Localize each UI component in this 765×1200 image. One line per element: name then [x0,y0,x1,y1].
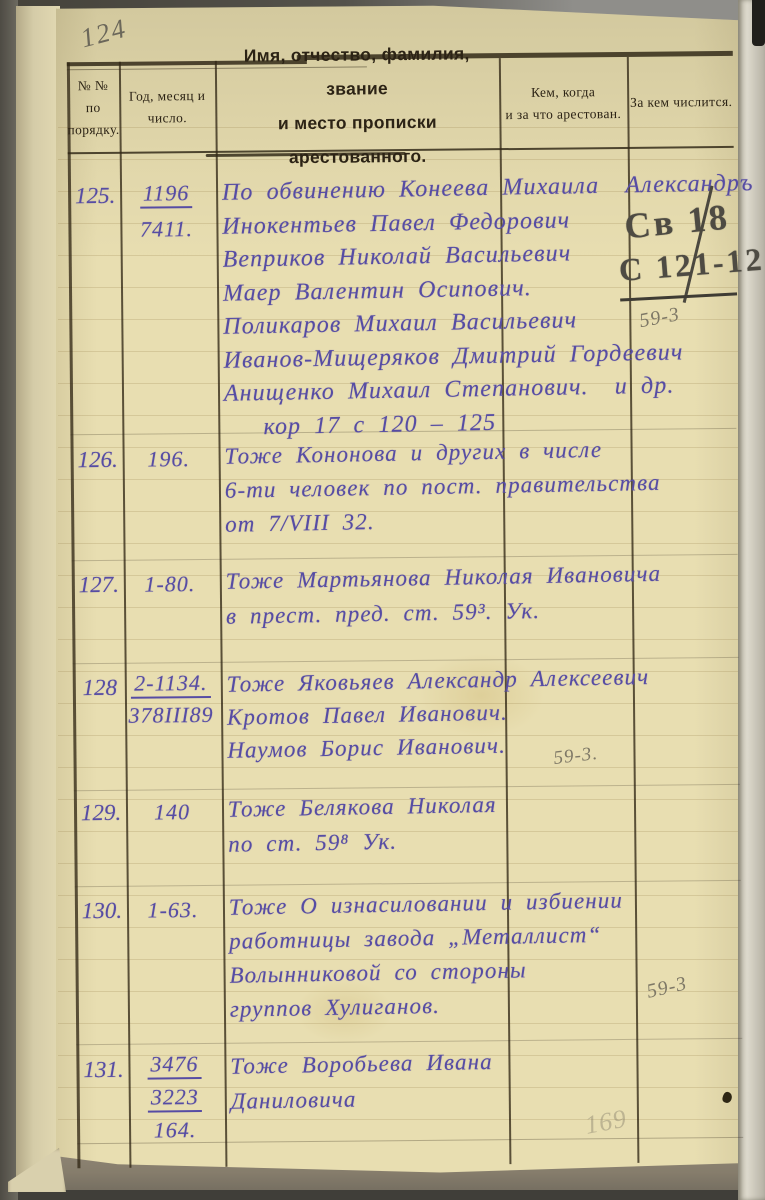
entry-number: 129. [76,800,126,826]
handwritten-line: Иванов-Мищеряков Дмитрий Гордеевич [223,339,683,374]
pencil-annotation-p593b: 59-3. [552,743,599,770]
handwritten-line: Даниловича [230,1086,356,1114]
entry-date: 140 [128,799,216,826]
entry-date: 3476 [130,1051,218,1078]
pencil-annotation-p169: 169 [583,1104,630,1141]
column-header-date: Год, месяц и число. [119,63,216,152]
handwritten-line: 6-ти человек по пост. правительства [225,470,661,504]
entry-number: 131. [78,1057,128,1083]
entries-layer: 125.11967411.По обвинению Конеева Михаил… [0,0,759,1]
pencil-annotation-sv18: Св 18 [623,195,732,247]
page-content-layer: 124 № № по порядку. Год, месяц и число. [0,0,765,1200]
handwritten-line: Веприков Николай Васильевич [222,240,571,273]
header-line: и за что арестован. [505,103,621,126]
handwritten-line: по ст. 59⁸ Ук. [228,829,397,858]
handwritten-line: группов Хулиганов. [230,993,441,1023]
handwritten-line: Инокентьев Павел Федорович [222,207,570,240]
entry-date: 2-1134. [127,670,215,697]
row-separator [75,880,741,887]
entry-date: 164. [131,1117,219,1144]
row-separator [76,1038,742,1045]
handwritten-line: Анищенко Михаил Степанович. и др. [224,373,675,408]
header-line: порядку. [67,119,119,142]
entry-number: 126. [73,447,123,473]
entry-date: 7411. [122,216,210,243]
entry-date: 196. [125,446,213,473]
header-line: и место прописки арестованного. [215,104,500,175]
handwritten-line: Поликаров Михаил Васильевич [223,307,577,340]
handwritten-line: кор 17 с 120 – 125 [224,409,497,441]
folio-number: 124 [77,13,130,55]
row-separator [72,554,738,561]
header-line: За кем числится. [630,91,732,114]
entry-date: 1196 [122,180,210,207]
row-separator [73,657,739,664]
scanned-ledger-page: 124 № № по порядку. Год, месяц и число. [0,0,765,1200]
pencil-annotation-p593c: 59-3 [645,972,690,1003]
handwritten-line: от 7/VIII 32. [225,509,375,538]
entry-number: 125. [70,183,120,209]
handwritten-line: Тоже Воробьева Ивана [230,1049,493,1080]
handwritten-line: Тоже Кононова и других в числе [224,437,602,470]
ink-blot [721,1091,733,1104]
header-line: Кем, когда [531,81,595,104]
entry-number: 128 [75,675,125,701]
handwritten-line: Тоже Мартьянова Николая Ивановича [225,561,661,595]
handwritten-line: Кротов Павел Иванович. [227,700,508,731]
handwritten-line: Маер Валентин Осипович. [223,275,532,308]
header-line: по [86,97,101,119]
entry-number: 127. [74,572,124,598]
handwritten-line: Тоже О изнасиловании и избиении [229,888,624,921]
table-left-border [67,62,81,1168]
annotations-layer: Св 18С 121-1259-359-3.59-3169 [0,0,759,1]
handwritten-line: Тоже Белякова Николая [228,792,497,823]
handwritten-line: в прест. пред. ст. 59³. Ук. [226,598,541,630]
handwritten-line: Волынниковой со стороны [229,957,527,988]
entry-date: 1-80. [126,571,214,598]
handwritten-line: Наумов Борис Иванович. [227,733,506,764]
header-line: Год, месяц и [129,85,206,108]
entry-date: 3223 [131,1084,219,1111]
entry-date: 1-63. [129,897,217,924]
column-header-listed-under: За кем числится. [627,58,736,147]
header-line: № № [78,74,109,97]
header-line: число. [148,107,187,130]
column-header-name: Имя, отчество, фамилия, звание и место п… [215,60,500,151]
entry-date: 378III89 [127,702,215,729]
handwritten-line: Тоже Яковьяев Александр Алексеевич [226,664,649,698]
column-header-arrested-by: Кем, когда и за что арестован. [499,59,628,148]
pencil-annotation-p593a: 59-3 [638,303,682,333]
entry-number: 130. [77,898,127,924]
header-line: Имя, отчество, фамилия, звание [215,36,500,107]
row-separator [74,784,740,791]
handwritten-line: работницы завода „Металлист“ [229,922,602,955]
column-header-order: № № по порядку. [67,64,120,152]
pencil-underline [620,292,737,301]
